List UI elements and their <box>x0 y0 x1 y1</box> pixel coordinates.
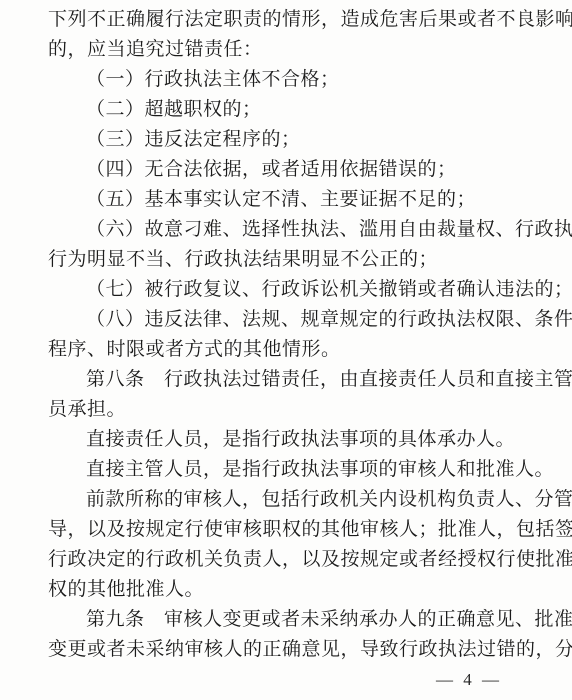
document-line: 导，以及按规定行使审核职权的其他审核人；批准人，包括签发 <box>48 515 526 545</box>
document-line: （二）超越职权的； <box>48 95 526 125</box>
document-page: 下列不正确履行法定职责的情形，造成危害后果或者不良影响的，应当追究过错责任：（一… <box>0 0 572 700</box>
document-body: 下列不正确履行法定职责的情形，造成危害后果或者不良影响的，应当追究过错责任：（一… <box>48 5 526 665</box>
document-line: 前款所称的审核人，包括行政机关内设机构负责人、分管领 <box>48 485 526 515</box>
document-line: （三）违反法定程序的； <box>48 125 526 155</box>
document-line: 的，应当追究过错责任： <box>48 35 526 65</box>
document-line: 直接主管人员，是指行政执法事项的审核人和批准人。 <box>48 455 526 485</box>
document-line: 员承担。 <box>48 395 526 425</box>
document-line: 下列不正确履行法定职责的情形，造成危害后果或者不良影响 <box>48 5 526 35</box>
document-line: （七）被行政复议、行政诉讼机关撤销或者确认违法的； <box>48 275 526 305</box>
document-line: 第九条 审核人变更或者未采纳承办人的正确意见、批准人 <box>48 605 526 635</box>
document-line: 权的其他批准人。 <box>48 575 526 605</box>
document-line: （八）违反法律、法规、规章规定的行政执法权限、条件、 <box>48 305 526 335</box>
document-line: 行政决定的行政机关负责人，以及按规定或者经授权行使批准职 <box>48 545 526 575</box>
document-line: （六）故意刁难、选择性执法、滥用自由裁量权、行政执法 <box>48 215 526 245</box>
document-line: 程序、时限或者方式的其他情形。 <box>48 335 526 365</box>
document-line: 行为明显不当、行政执法结果明显不公正的； <box>48 245 526 275</box>
document-line: 第八条 行政执法过错责任，由直接责任人员和直接主管人 <box>48 365 526 395</box>
document-line: （五）基本事实认定不清、主要证据不足的； <box>48 185 526 215</box>
document-line: （四）无合法依据，或者适用依据错误的； <box>48 155 526 185</box>
document-line: 变更或者未采纳审核人的正确意见，导致行政执法过错的，分别 <box>48 635 526 665</box>
page-number: — 4 — <box>436 670 502 690</box>
document-line: 直接责任人员，是指行政执法事项的具体承办人。 <box>48 425 526 455</box>
document-line: （一）行政执法主体不合格； <box>48 65 526 95</box>
